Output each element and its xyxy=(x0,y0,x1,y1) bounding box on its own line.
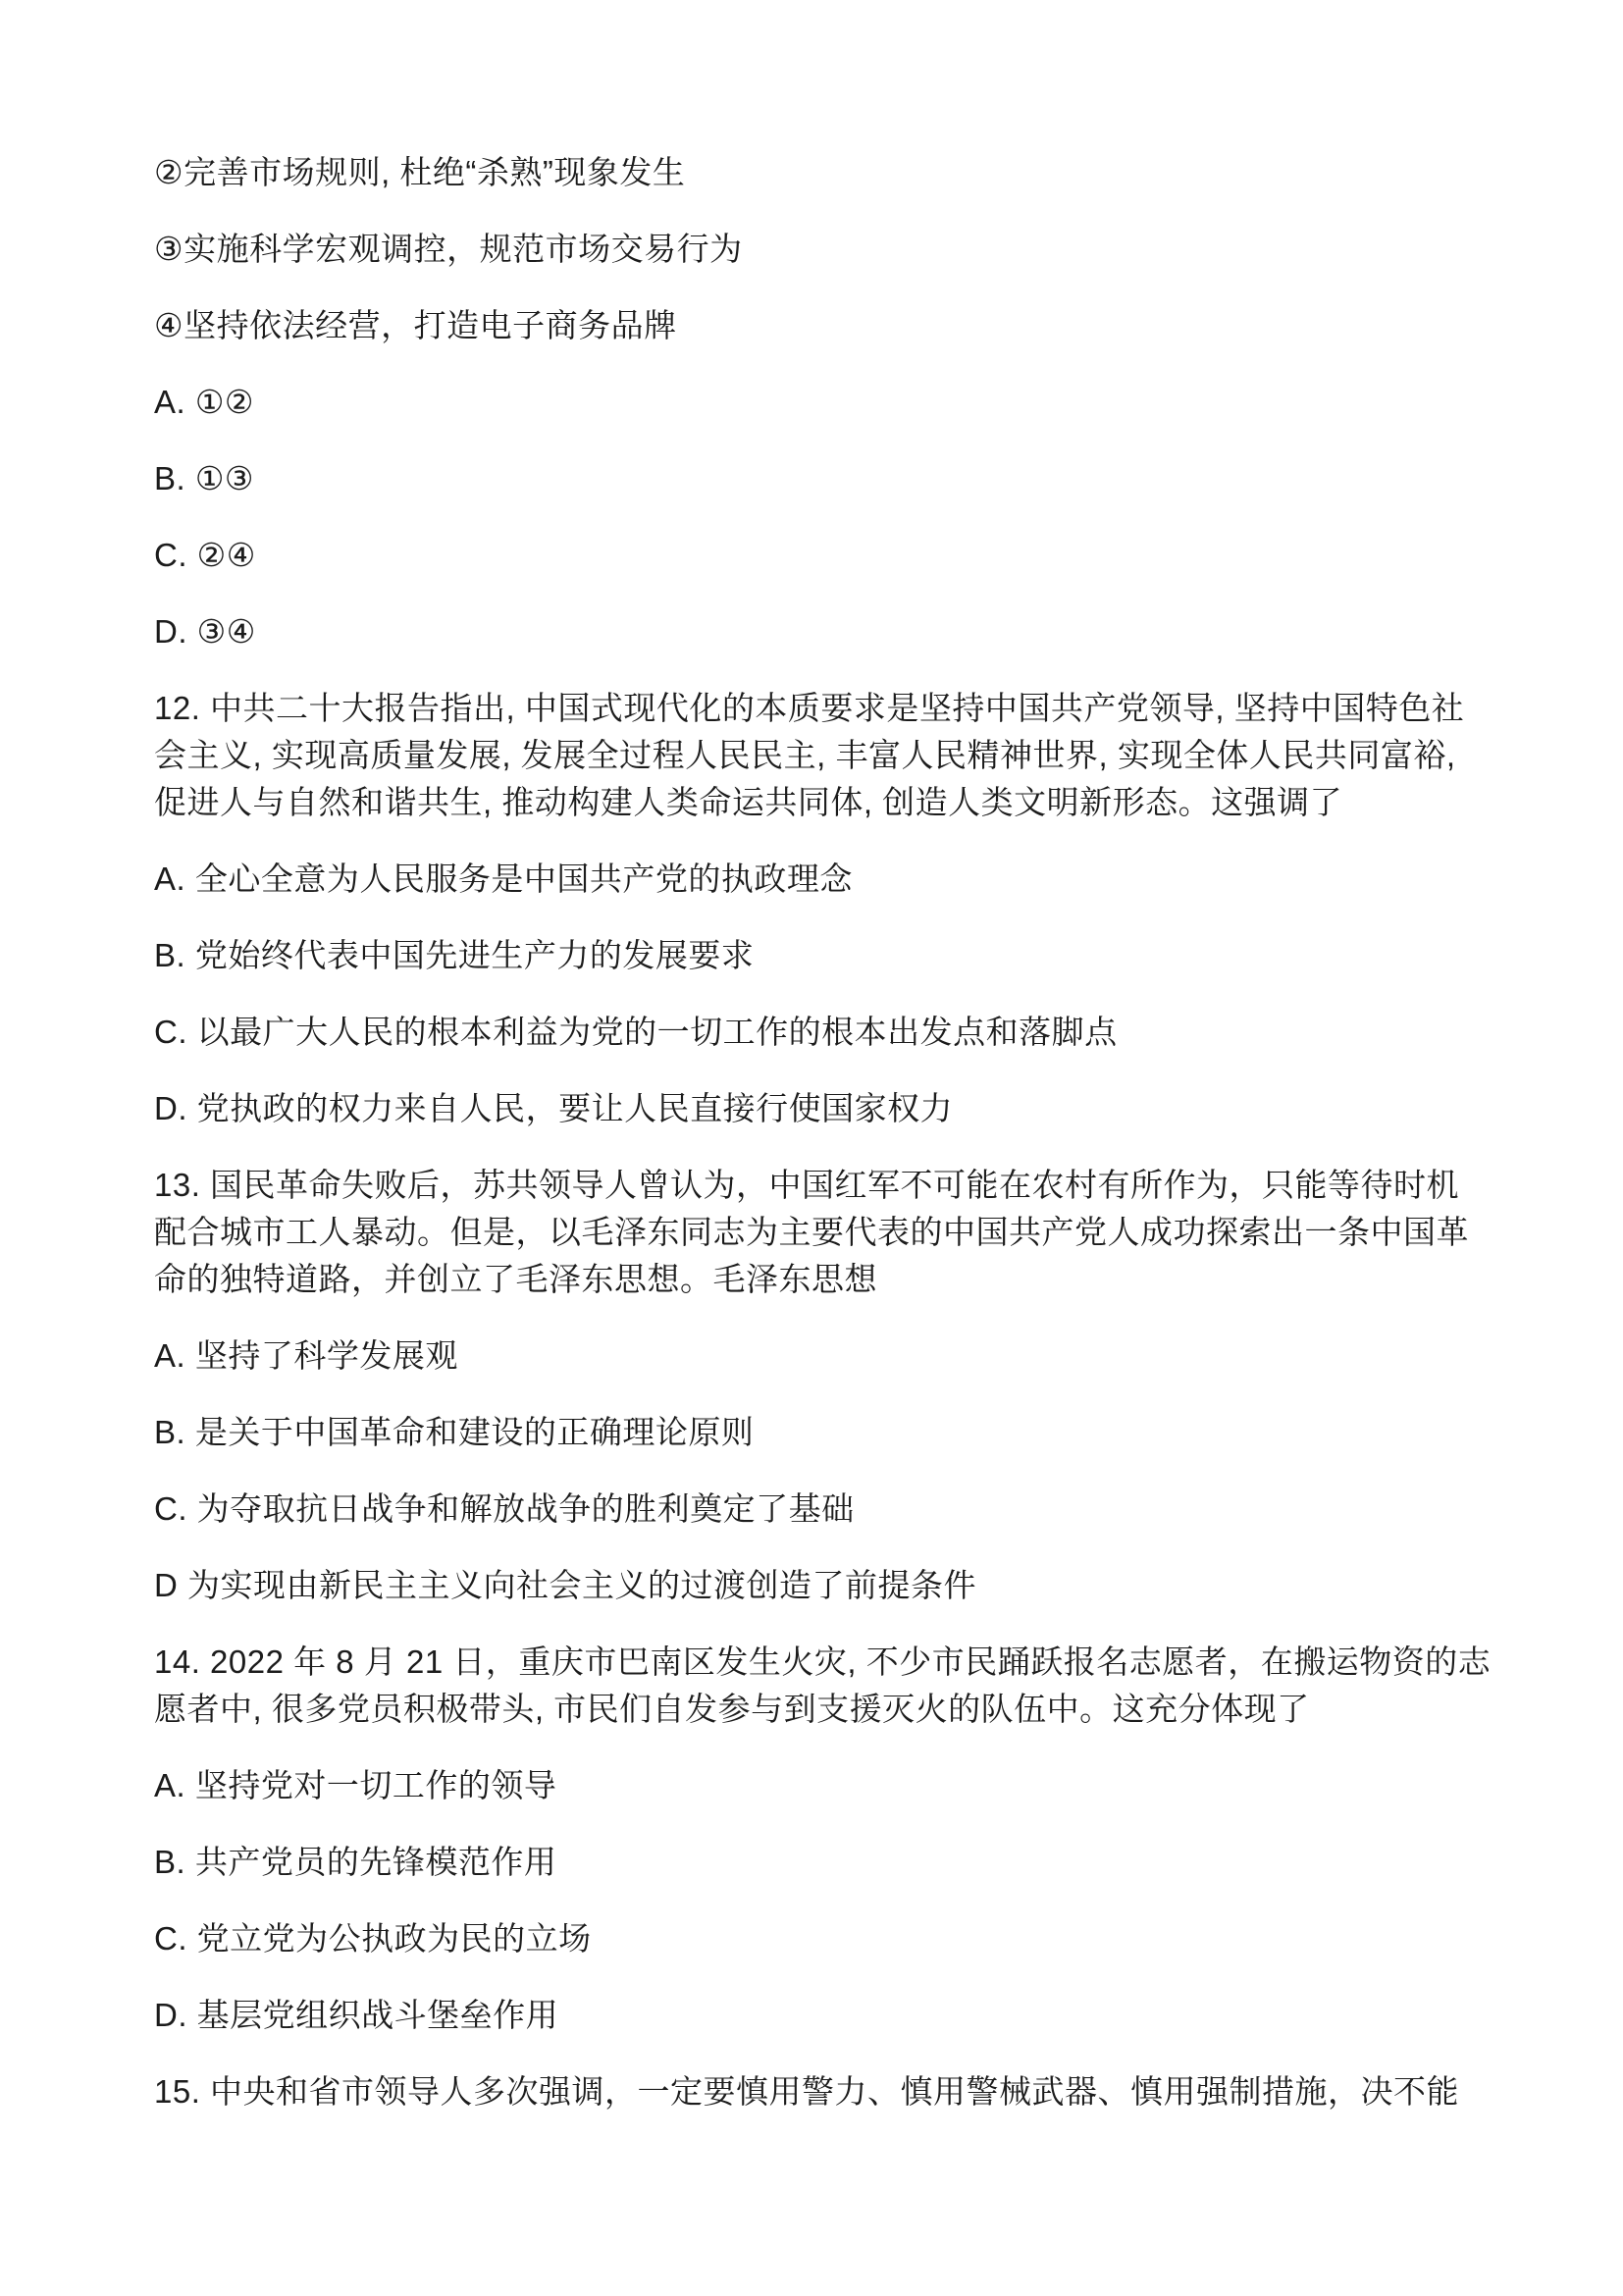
exam-document-page: { "page": { "background_color": "#ffffff… xyxy=(0,0,1623,2296)
option-block: B. 是关于中国革命和建设的正确理论原则 xyxy=(154,1409,1525,1456)
option-line: D. 基层党组织战斗堡垒作用 xyxy=(154,1992,1525,2039)
statement-line: ④坚持依法经营，打造电子商务品牌 xyxy=(154,302,1525,349)
statement-block: ③实施科学宏观调控，规范市场交易行为 xyxy=(154,226,1525,273)
option-line: A. 坚持党对一切工作的领导 xyxy=(154,1762,1525,1809)
question-block: 13. 国民革命失败后，苏共领导人曾认为，中国红军不可能在农村有所作为，只能等待… xyxy=(154,1162,1525,1303)
question-line: 命的独特道路，并创立了毛泽东思想。毛泽东思想 xyxy=(154,1256,1525,1303)
question-line: 12. 中共二十大报告指出, 中国式现代化的本质要求是坚持中国共产党领导, 坚持… xyxy=(154,685,1525,732)
option-block: C. 以最广大人民的根本利益为党的一切工作的根本出发点和落脚点 xyxy=(154,1009,1525,1056)
option-line: D. ③④ xyxy=(154,608,1525,655)
exam-page-content: ②完善市场规则, 杜绝“杀熟”现象发生③实施科学宏观调控，规范市场交易行为④坚持… xyxy=(0,0,1623,2115)
question-line: 愿者中, 很多党员积极带头, 市民们自发参与到支援灭火的队伍中。这充分体现了 xyxy=(154,1686,1525,1733)
statement-line: ③实施科学宏观调控，规范市场交易行为 xyxy=(154,226,1525,273)
question-line: 会主义, 实现高质量发展, 发展全过程人民民主, 丰富人民精神世界, 实现全体人… xyxy=(154,732,1525,779)
option-block: D 为实现由新民主主义向社会主义的过渡创造了前提条件 xyxy=(154,1562,1525,1609)
option-block: B. 共产党员的先锋模范作用 xyxy=(154,1839,1525,1886)
option-block: C. ②④ xyxy=(154,532,1525,579)
option-line: A. ①② xyxy=(154,379,1525,426)
option-line: D. 党执政的权力来自人民，要让人民直接行使国家权力 xyxy=(154,1085,1525,1132)
question-line: 13. 国民革命失败后，苏共领导人曾认为，中国红军不可能在农村有所作为，只能等待… xyxy=(154,1162,1525,1209)
option-block: C. 党立党为公执政为民的立场 xyxy=(154,1915,1525,1962)
question-line: 配合城市工人暴动。但是，以毛泽东同志为主要代表的中国共产党人成功探索出一条中国革 xyxy=(154,1209,1525,1256)
option-block: D. ③④ xyxy=(154,608,1525,655)
option-block: D. 基层党组织战斗堡垒作用 xyxy=(154,1992,1525,2039)
option-line: B. ①③ xyxy=(154,455,1525,502)
option-block: B. 党始终代表中国先进生产力的发展要求 xyxy=(154,932,1525,979)
option-line: C. 以最广大人民的根本利益为党的一切工作的根本出发点和落脚点 xyxy=(154,1009,1525,1056)
question-line: 15. 中央和省市领导人多次强调，一定要慎用警力、慎用警械武器、慎用强制措施，决… xyxy=(154,2068,1525,2115)
question-line: 促进人与自然和谐共生, 推动构建人类命运共同体, 创造人类文明新形态。这强调了 xyxy=(154,779,1525,826)
question-block: 15. 中央和省市领导人多次强调，一定要慎用警力、慎用警械武器、慎用强制措施，决… xyxy=(154,2068,1525,2115)
exam-page: ②完善市场规则, 杜绝“杀熟”现象发生③实施科学宏观调控，规范市场交易行为④坚持… xyxy=(0,0,1623,2296)
option-block: D. 党执政的权力来自人民，要让人民直接行使国家权力 xyxy=(154,1085,1525,1132)
statement-line: ②完善市场规则, 杜绝“杀熟”现象发生 xyxy=(154,149,1525,196)
option-line: A. 坚持了科学发展观 xyxy=(154,1332,1525,1380)
statement-block: ②完善市场规则, 杜绝“杀熟”现象发生 xyxy=(154,149,1525,196)
option-line: B. 是关于中国革命和建设的正确理论原则 xyxy=(154,1409,1525,1456)
option-block: A. 全心全意为人民服务是中国共产党的执政理念 xyxy=(154,856,1525,903)
option-line: C. ②④ xyxy=(154,532,1525,579)
question-line: 14. 2022 年 8 月 21 日，重庆市巴南区发生火灾, 不少市民踊跃报名… xyxy=(154,1639,1525,1686)
option-block: A. 坚持党对一切工作的领导 xyxy=(154,1762,1525,1809)
option-line: C. 为夺取抗日战争和解放战争的胜利奠定了基础 xyxy=(154,1486,1525,1533)
option-line: D 为实现由新民主主义向社会主义的过渡创造了前提条件 xyxy=(154,1562,1525,1609)
option-block: C. 为夺取抗日战争和解放战争的胜利奠定了基础 xyxy=(154,1486,1525,1533)
option-block: B. ①③ xyxy=(154,455,1525,502)
option-line: A. 全心全意为人民服务是中国共产党的执政理念 xyxy=(154,856,1525,903)
option-line: C. 党立党为公执政为民的立场 xyxy=(154,1915,1525,1962)
option-block: A. 坚持了科学发展观 xyxy=(154,1332,1525,1380)
option-line: B. 党始终代表中国先进生产力的发展要求 xyxy=(154,932,1525,979)
option-line: B. 共产党员的先锋模范作用 xyxy=(154,1839,1525,1886)
option-block: A. ①② xyxy=(154,379,1525,426)
question-block: 12. 中共二十大报告指出, 中国式现代化的本质要求是坚持中国共产党领导, 坚持… xyxy=(154,685,1525,826)
statement-block: ④坚持依法经营，打造电子商务品牌 xyxy=(154,302,1525,349)
question-block: 14. 2022 年 8 月 21 日，重庆市巴南区发生火灾, 不少市民踊跃报名… xyxy=(154,1639,1525,1733)
